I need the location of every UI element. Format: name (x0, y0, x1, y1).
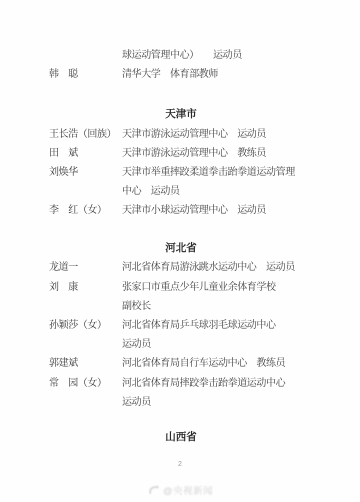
entry-description-line: 清华大学 体育部教师 (122, 65, 313, 84)
entry-description: 球运动管理中心） 运动员 (122, 46, 313, 65)
watermark-logo-icon (148, 484, 160, 496)
entry-description-line: 副校长 (122, 297, 313, 316)
entry-description-line: 球运动管理中心） 运动员 (122, 46, 313, 65)
entry-name: 郭建斌 (49, 354, 122, 373)
entry-description-line: 天津市游泳运动管理中心 教练员 (122, 144, 313, 163)
entry-description: 清华大学 体育部教师 (122, 65, 313, 84)
entry-description: 天津市举重摔跤柔道拳击跆拳道运动管理 中心 运动员 (122, 163, 313, 201)
entry-description: 天津市游泳运动管理中心 运动员 (122, 125, 313, 144)
watermark: @央视新闻 (148, 483, 213, 497)
recognition-list: 球运动管理中心） 运动员 韩 聪 清华大学 体育部教师 天津市 王长浩（回族） … (49, 46, 313, 447)
entry-description: 天津市小球运动管理中心 运动员 (122, 201, 313, 220)
entry-description: 河北省体育局游泳跳水运动中心 运动员 (122, 258, 313, 277)
entry-name: 王长浩（回族） (49, 125, 122, 144)
entry-description-line: 中心 运动员 (122, 182, 313, 201)
list-entry: 田 斌 天津市游泳运动管理中心 教练员 (49, 144, 313, 163)
watermark-text: @央视新闻 (163, 483, 213, 497)
entry-description: 张家口市重点少年儿童业余体育学校 副校长 (122, 278, 313, 316)
entry-name: 孙颖莎（女） (49, 316, 122, 335)
list-entry: 龙道一 河北省体育局游泳跳水运动中心 运动员 (49, 258, 313, 277)
list-entry: 王长浩（回族） 天津市游泳运动管理中心 运动员 (49, 125, 313, 144)
list-entry: 韩 聪 清华大学 体育部教师 (49, 65, 313, 84)
section-heading-shanxi: 山西省 (49, 428, 313, 447)
entry-description-line: 运动员 (122, 393, 313, 412)
entry-description-line: 天津市小球运动管理中心 运动员 (122, 201, 313, 220)
entry-name: 龙道一 (49, 258, 122, 277)
entry-name: 李 红（女） (49, 201, 122, 220)
entry-description-line: 运动员 (122, 335, 313, 354)
list-entry: 常 园（女） 河北省体育局摔跤拳击跆拳道运动中心 运动员 (49, 374, 313, 412)
list-entry: 李 红（女） 天津市小球运动管理中心 运动员 (49, 201, 313, 220)
entry-description: 河北省体育局自行车运动中心 教练员 (122, 354, 313, 373)
list-entry: 郭建斌 河北省体育局自行车运动中心 教练员 (49, 354, 313, 373)
list-entry: 孙颖莎（女） 河北省体育局乒乓球羽毛球运动中心 运动员 (49, 316, 313, 354)
entry-description: 天津市游泳运动管理中心 教练员 (122, 144, 313, 163)
entry-description: 河北省体育局乒乓球羽毛球运动中心 运动员 (122, 316, 313, 354)
section-heading-tianjin: 天津市 (49, 105, 313, 124)
entry-description-line: 河北省体育局乒乓球羽毛球运动中心 (122, 316, 313, 335)
section-heading-hebei: 河北省 (49, 239, 313, 258)
entry-description-line: 河北省体育局摔跤拳击跆拳道运动中心 (122, 374, 313, 393)
page-number: 2 (172, 461, 188, 468)
list-entry: 球运动管理中心） 运动员 (49, 46, 313, 65)
entry-description: 河北省体育局摔跤拳击跆拳道运动中心 运动员 (122, 374, 313, 412)
list-entry: 刘焕华 天津市举重摔跤柔道拳击跆拳道运动管理 中心 运动员 (49, 163, 313, 201)
document-page: 球运动管理中心） 运动员 韩 聪 清华大学 体育部教师 天津市 王长浩（回族） … (0, 0, 360, 502)
entry-description-line: 河北省体育局游泳跳水运动中心 运动员 (122, 258, 313, 277)
entry-name: 刘 康 (49, 278, 122, 297)
entry-name: 田 斌 (49, 144, 122, 163)
entry-name: 韩 聪 (49, 65, 122, 84)
entry-name: 刘焕华 (49, 163, 122, 182)
list-entry: 刘 康 张家口市重点少年儿童业余体育学校 副校长 (49, 278, 313, 316)
entry-description-line: 张家口市重点少年儿童业余体育学校 (122, 278, 313, 297)
entry-description-line: 河北省体育局自行车运动中心 教练员 (122, 354, 313, 373)
entry-description-line: 天津市游泳运动管理中心 运动员 (122, 125, 313, 144)
entry-name: 常 园（女） (49, 374, 122, 393)
entry-description-line: 天津市举重摔跤柔道拳击跆拳道运动管理 (122, 163, 313, 182)
